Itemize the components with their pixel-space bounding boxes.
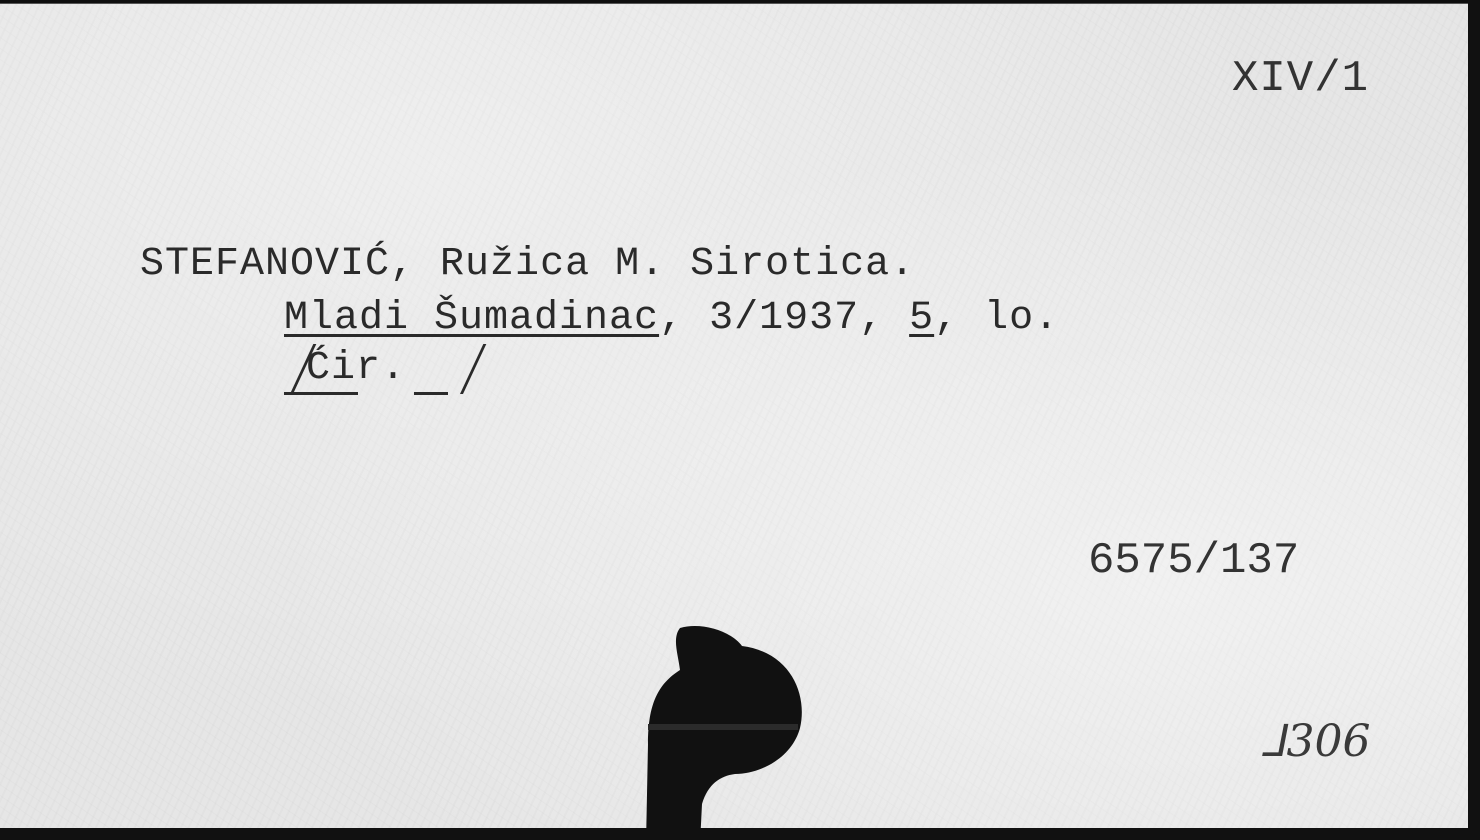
card-bottom-edge <box>0 828 1480 840</box>
periodical-title: Mladi Šumadinac <box>284 296 659 341</box>
entry-source: Mladi Šumadinac, 3/1937, 5, lo. <box>284 296 1059 341</box>
bracket-right-mark <box>460 344 486 394</box>
card-right-edge <box>1468 0 1480 840</box>
bracket-underline-left <box>284 392 358 395</box>
accession-number: 6575/137 <box>1088 536 1299 586</box>
shelf-mark: XIV/1 <box>1232 54 1369 104</box>
script-note: Ćir. <box>306 346 406 391</box>
punch-hole-shadow <box>640 624 810 840</box>
work-title: Sirotica. <box>690 242 915 287</box>
page-suffix: , lo. <box>934 296 1059 341</box>
author-name: STEFANOVIĆ, Ružica M. <box>140 242 665 287</box>
entry-heading: STEFANOVIĆ, Ružica M. Sirotica. <box>140 242 915 287</box>
handwritten-number: ⅃306 <box>1262 716 1371 767</box>
page-number: 5 <box>909 296 934 341</box>
catalog-card: XIV/1 STEFANOVIĆ, Ružica M. Sirotica. Ml… <box>0 3 1468 829</box>
bracket-underline-right <box>414 392 448 395</box>
issue-date: 3/1937, <box>709 296 884 341</box>
